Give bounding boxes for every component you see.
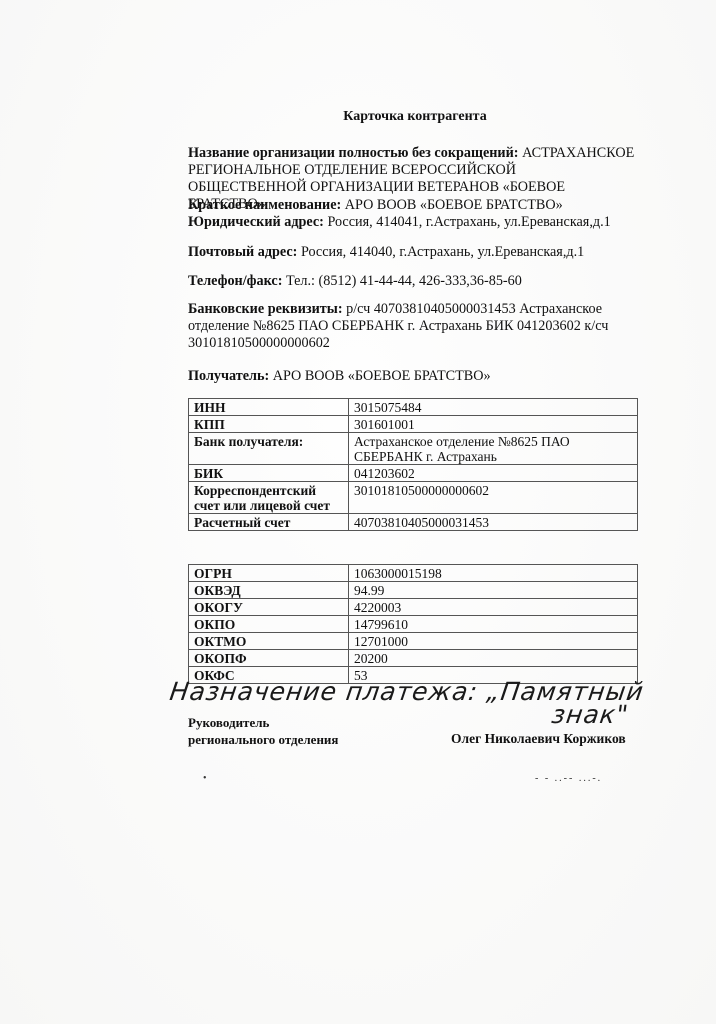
legal-address-label: Юридический адрес: xyxy=(188,214,324,230)
row-key: ОГРН xyxy=(189,565,349,582)
row-value: 12701000 xyxy=(349,633,638,650)
signature-trace: ‐ ‐ ..‐‐ ...‐. xyxy=(535,773,602,784)
row-value: 1063000015198 xyxy=(349,565,638,582)
table-row: ОГРН 1063000015198 xyxy=(189,565,638,582)
row-key: Корреспондентский счет или лицевой счет xyxy=(189,482,349,514)
postal-address-label: Почтовый адрес: xyxy=(188,244,297,260)
table-row: БИК 041203602 xyxy=(189,465,638,482)
table-row: Банк получателя: Астраханское отделение … xyxy=(189,433,638,465)
position-line1: Руководитель xyxy=(188,714,338,731)
table-row: КПП 301601001 xyxy=(189,416,638,433)
table-row: ИНН 3015075484 xyxy=(189,399,638,416)
row-key: БИК xyxy=(189,465,349,482)
position-line2: регионального отделения xyxy=(188,731,338,748)
postal-address-value: Россия, 414040, г.Астрахань, ул.Ереванск… xyxy=(301,244,584,260)
row-value: 94.99 xyxy=(349,582,638,599)
table-row: Расчетный счет 40703810405000031453 xyxy=(189,514,638,531)
scanned-document-page: Карточка контрагента Название организаци… xyxy=(0,0,716,1024)
row-value: 20200 xyxy=(349,650,638,667)
bank-details-label: Банковские реквизиты: xyxy=(188,301,343,317)
row-value: 40703810405000031453 xyxy=(349,514,638,531)
row-key: ОКОПФ xyxy=(189,650,349,667)
phone-fax-value: Тел.: (8512) 41-44-44, 426-333,36-85-60 xyxy=(286,273,522,289)
recipient-label: Получатель: xyxy=(188,368,269,384)
recipient-value: АРО ВООВ «БОЕВОЕ БРАТСТВО» xyxy=(273,368,491,384)
phone-fax-label: Телефон/факс: xyxy=(188,273,282,289)
bank-requisites-table: ИНН 3015075484 КПП 301601001 Банк получа… xyxy=(188,398,638,531)
signatory-name: Олег Николаевич Коржиков xyxy=(451,731,626,747)
row-key: КПП xyxy=(189,416,349,433)
table-row: ОКОГУ 4220003 xyxy=(189,599,638,616)
recipient-section: Получатель: АРО ВООВ «БОЕВОЕ БРАТСТВО» xyxy=(188,368,638,385)
short-name-value: АРО ВООВ «БОЕВОЕ БРАТСТВО» xyxy=(345,197,563,213)
row-value: Астраханское отделение №8625 ПАО СБЕРБАН… xyxy=(349,433,638,465)
table-row: Корреспондентский счет или лицевой счет … xyxy=(189,482,638,514)
phone-fax-section: Телефон/факс: Тел.: (8512) 41-44-44, 426… xyxy=(188,273,638,290)
row-key: Расчетный счет xyxy=(189,514,349,531)
row-key: Банк получателя: xyxy=(189,433,349,465)
short-name-section: Краткое наименование: АРО ВООВ «БОЕВОЕ Б… xyxy=(188,197,638,214)
row-value: 30101810500000000602 xyxy=(349,482,638,514)
table-row: ОКОПФ 20200 xyxy=(189,650,638,667)
table-row: ОКВЭД 94.99 xyxy=(189,582,638,599)
row-value: 3015075484 xyxy=(349,399,638,416)
row-key: ОКПО xyxy=(189,616,349,633)
handwritten-payment-purpose-line2: знак" xyxy=(550,700,631,729)
row-key: ОКВЭД xyxy=(189,582,349,599)
row-key: ИНН xyxy=(189,399,349,416)
short-name-label: Краткое наименование: xyxy=(188,197,341,213)
bank-details-section: Банковские реквизиты: р/сч 4070381040500… xyxy=(188,301,638,352)
row-key: ОКОГУ xyxy=(189,599,349,616)
legal-address-value: Россия, 414041, г.Астрахань, ул.Ереванск… xyxy=(327,214,610,230)
registration-codes-table: ОГРН 1063000015198 ОКВЭД 94.99 ОКОГУ 422… xyxy=(188,564,638,684)
scan-speck: • xyxy=(203,773,207,784)
row-value: 301601001 xyxy=(349,416,638,433)
table-row: ОКТМО 12701000 xyxy=(189,633,638,650)
row-key: ОКТМО xyxy=(189,633,349,650)
document-title: Карточка контрагента xyxy=(0,109,716,125)
row-value: 041203602 xyxy=(349,465,638,482)
signatory-position: Руководитель регионального отделения xyxy=(188,714,338,748)
legal-address-section: Юридический адрес: Россия, 414041, г.Аст… xyxy=(188,214,638,231)
postal-address-section: Почтовый адрес: Россия, 414040, г.Астрах… xyxy=(188,244,638,261)
table-row: ОКПО 14799610 xyxy=(189,616,638,633)
full-name-label: Название организации полностью без сокра… xyxy=(188,145,519,161)
row-value: 4220003 xyxy=(349,599,638,616)
row-value: 14799610 xyxy=(349,616,638,633)
